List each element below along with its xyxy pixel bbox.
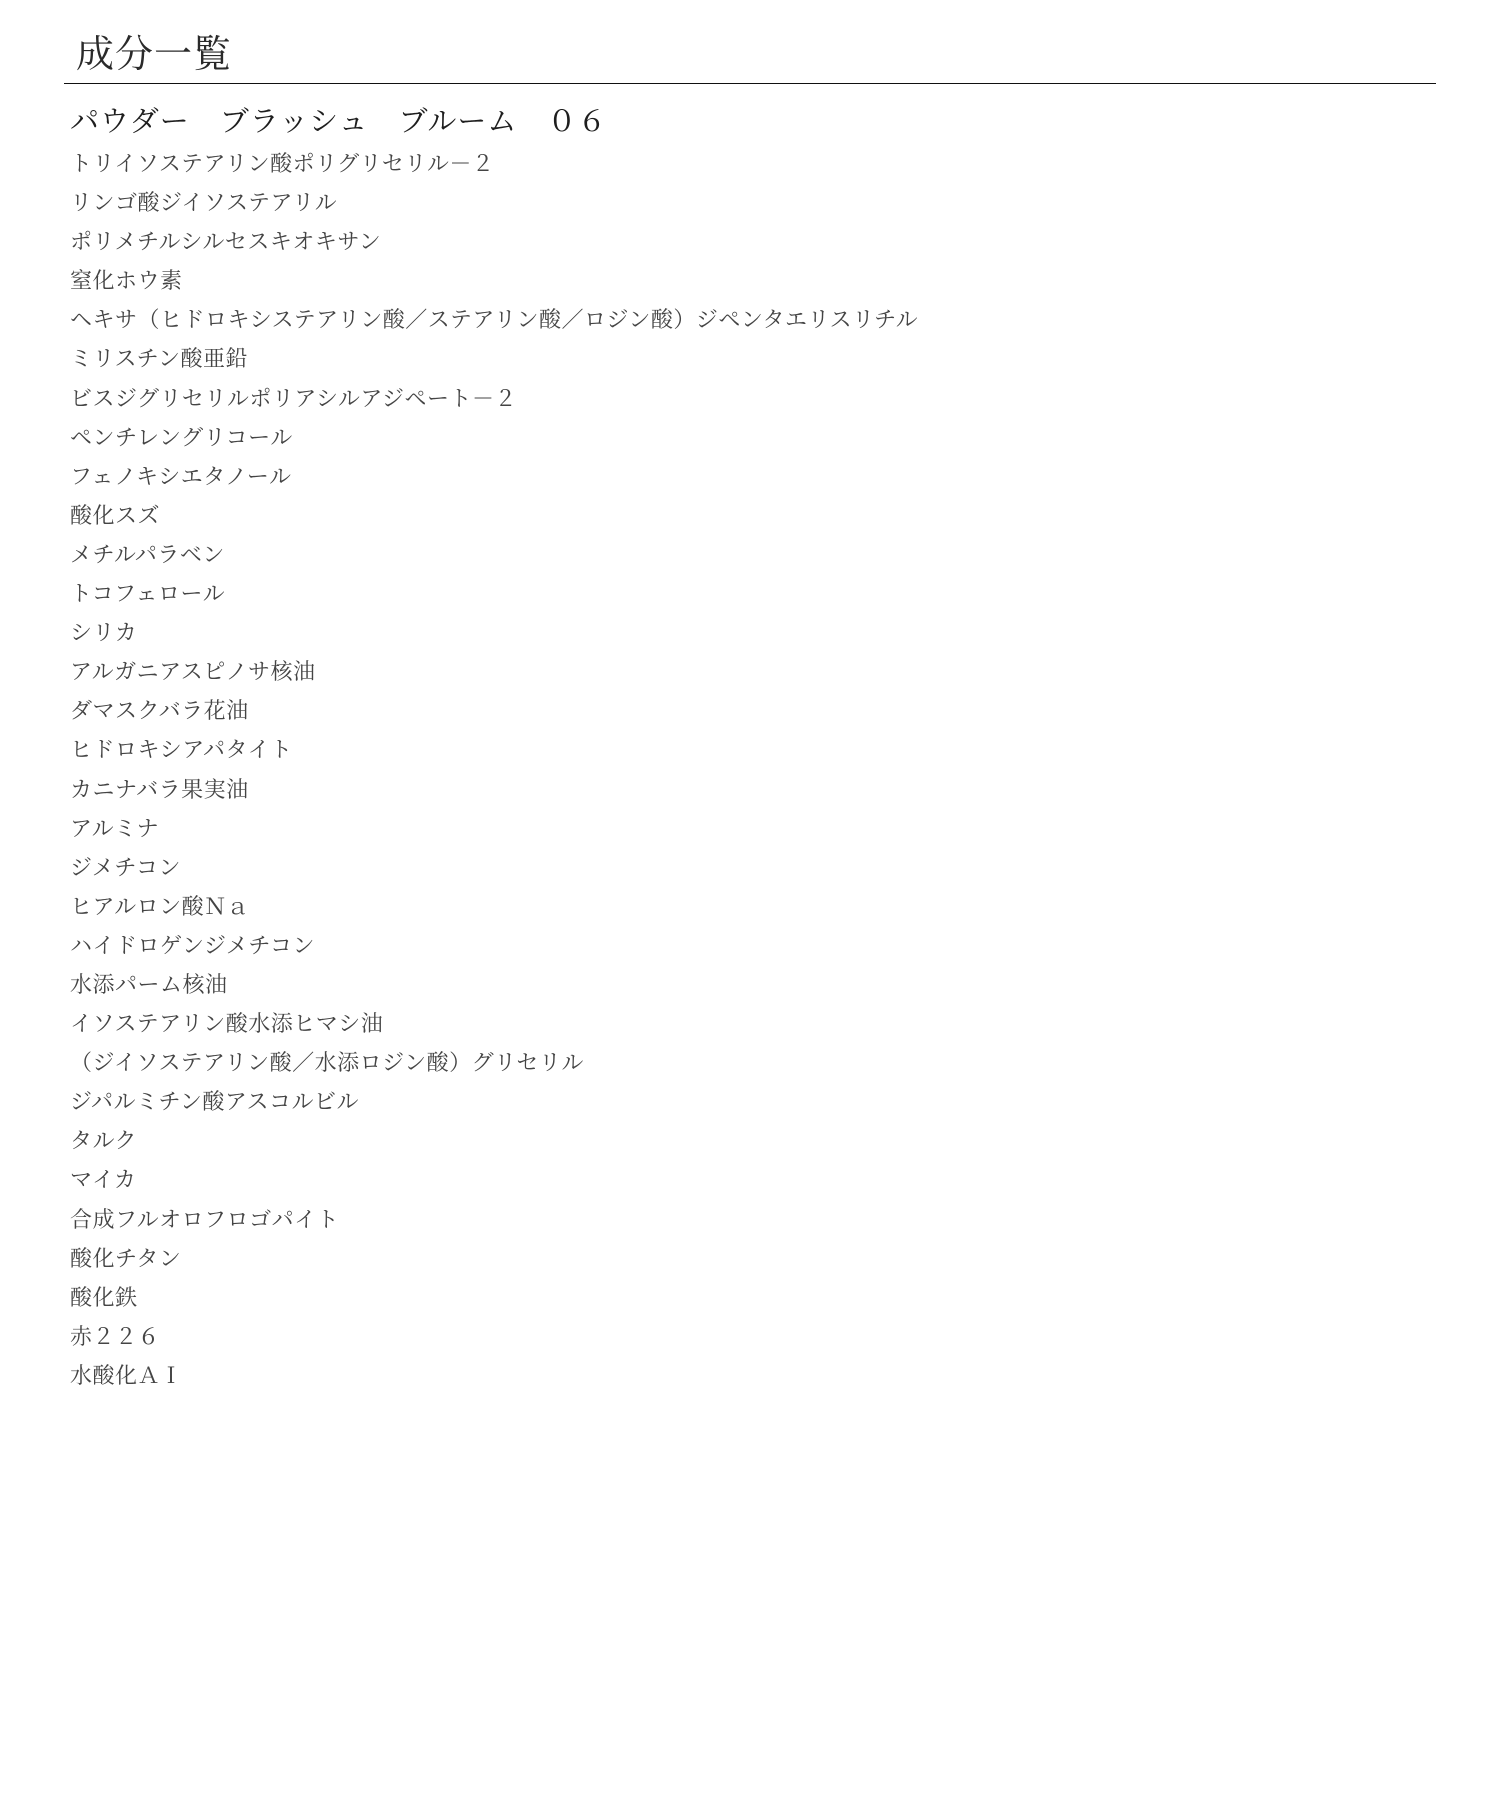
- ingredient-item: リンゴ酸ジイソステアリル: [70, 186, 918, 225]
- ingredient-item: ジメチコン: [70, 851, 918, 890]
- ingredient-item: 合成フルオロフロゴパイト: [70, 1203, 918, 1242]
- ingredient-item: 窒化ホウ素: [70, 264, 918, 303]
- ingredient-list: トリイソステアリン酸ポリグリセリル－２ リンゴ酸ジイソステアリル ポリメチルシル…: [70, 147, 918, 1398]
- ingredient-item: ビスジグリセリルポリアシルアジペート－２: [70, 382, 918, 421]
- ingredient-item: カニナバラ果実油: [70, 773, 918, 812]
- ingredient-item: 水酸化ＡＩ: [70, 1359, 918, 1398]
- ingredient-item: ヘキサ（ヒドロキシステアリン酸／ステアリン酸／ロジン酸）ジペンタエリスリチル: [70, 303, 918, 342]
- ingredient-item: フェノキシエタノール: [70, 460, 918, 499]
- ingredient-item: 水添パーム核油: [70, 968, 918, 1007]
- page-title: 成分一覧: [64, 0, 1436, 82]
- page-header: 成分一覧: [64, 0, 1436, 82]
- ingredient-item: アルミナ: [70, 812, 918, 851]
- ingredient-item: 酸化スズ: [70, 499, 918, 538]
- ingredient-item: 酸化チタン: [70, 1242, 918, 1281]
- ingredient-item: ダマスクバラ花油: [70, 694, 918, 733]
- ingredient-item: イソステアリン酸水添ヒマシ油: [70, 1007, 918, 1046]
- ingredient-item: トリイソステアリン酸ポリグリセリル－２: [70, 147, 918, 186]
- ingredient-item: ミリスチン酸亜鉛: [70, 342, 918, 381]
- ingredient-item: メチルパラベン: [70, 538, 918, 577]
- ingredient-item: 赤２２６: [70, 1320, 918, 1359]
- ingredient-item: ペンチレングリコール: [70, 421, 918, 460]
- ingredient-item: トコフェロール: [70, 577, 918, 616]
- ingredient-item: アルガニアスピノサ核油: [70, 655, 918, 694]
- title-divider: [64, 83, 1436, 84]
- ingredient-item: （ジイソステアリン酸／水添ロジン酸）グリセリル: [70, 1046, 918, 1085]
- ingredient-item: シリカ: [70, 616, 918, 655]
- ingredient-item: ポリメチルシルセスキオキサン: [70, 225, 918, 264]
- ingredient-item: ヒアルロン酸Ｎａ: [70, 890, 918, 929]
- ingredient-item: 酸化鉄: [70, 1281, 918, 1320]
- ingredient-item: ジパルミチン酸アスコルビル: [70, 1085, 918, 1124]
- product-name: パウダー ブラッシュ ブルーム ０６: [70, 100, 607, 142]
- ingredient-item: タルク: [70, 1124, 918, 1163]
- ingredient-item: マイカ: [70, 1163, 918, 1202]
- ingredient-item: ハイドロゲンジメチコン: [70, 929, 918, 968]
- ingredient-item: ヒドロキシアパタイト: [70, 733, 918, 772]
